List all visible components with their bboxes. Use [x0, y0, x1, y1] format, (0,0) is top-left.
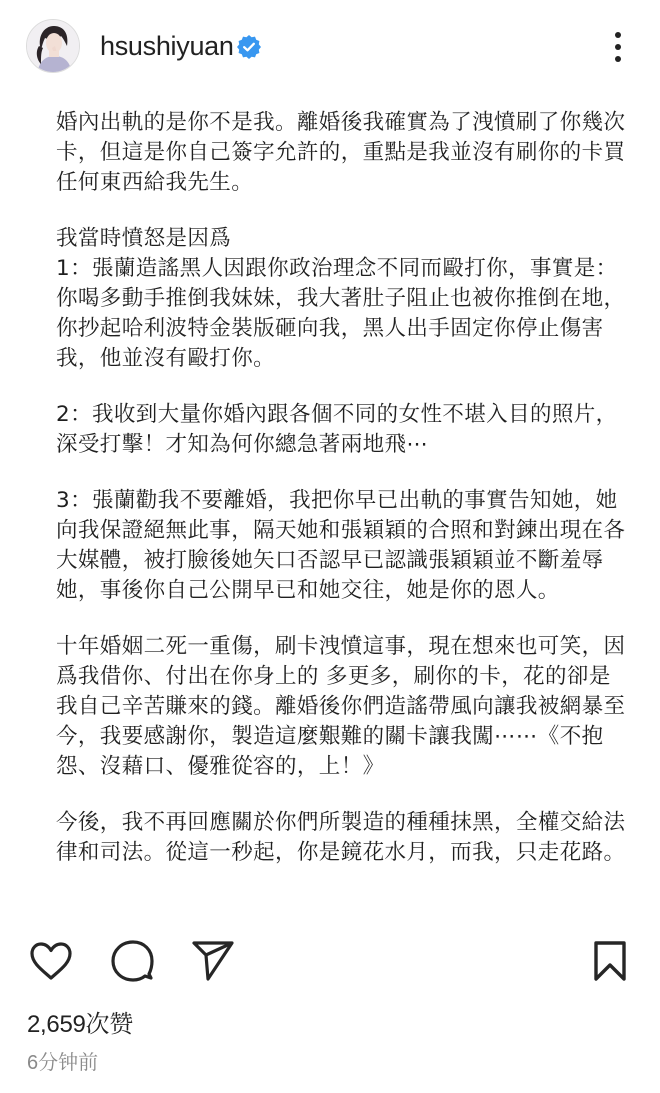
comment-icon [109, 938, 155, 984]
caption-paragraph-3: 2：我收到大量你婚內跟各個不同的女性不堪入目的照片，深受打擊！才知為何你總急著兩… [56, 400, 626, 460]
caption-paragraph-6: 今後，我不再回應關於你們所製造的種種抹黑，全權交給法律和司法。從這一秒起，你是鏡… [56, 808, 626, 868]
share-button[interactable] [187, 935, 239, 987]
more-vertical-icon [607, 28, 629, 68]
caption-paragraph-5: 十年婚姻二死一重傷，刷卡洩憤這事，現在想來也可笑，因爲我借你、付出在你身上的 多… [56, 632, 626, 782]
caption-paragraph-4: 3：張蘭勸我不要離婚，我把你早已出軌的事實告知她，她向我保證絕無此事，隔天她和張… [56, 486, 626, 606]
post-timestamp: 6分钟前 [27, 1046, 98, 1075]
comment-button[interactable] [106, 935, 158, 987]
avatar[interactable] [26, 19, 80, 73]
verified-badge-icon [236, 34, 262, 60]
save-button[interactable] [584, 935, 636, 987]
post-actions [0, 935, 660, 991]
heart-icon [28, 940, 74, 982]
post-header: hsushiyuan [0, 0, 660, 90]
likes-count[interactable]: 2,659次赞 [27, 1004, 133, 1039]
caption-paragraph-1: 婚內出軌的是你不是我。離婚後我確實為了洩憤刷了你幾次卡，但這是你自己簽字允許的，… [56, 108, 626, 198]
more-options-button[interactable] [607, 28, 629, 68]
avatar-image [27, 20, 80, 73]
like-button[interactable] [25, 935, 77, 987]
post-caption: 婚內出軌的是你不是我。離婚後我確實為了洩憤刷了你幾次卡，但這是你自己簽字允許的，… [56, 108, 626, 868]
username[interactable]: hsushiyuan [100, 30, 234, 62]
send-icon [190, 939, 236, 983]
bookmark-icon [590, 939, 630, 983]
caption-paragraph-2: 我當時憤怒是因爲 1：張蘭造謠黑人因跟你政治理念不同而毆打你，事實是：你喝多動手… [56, 224, 626, 374]
